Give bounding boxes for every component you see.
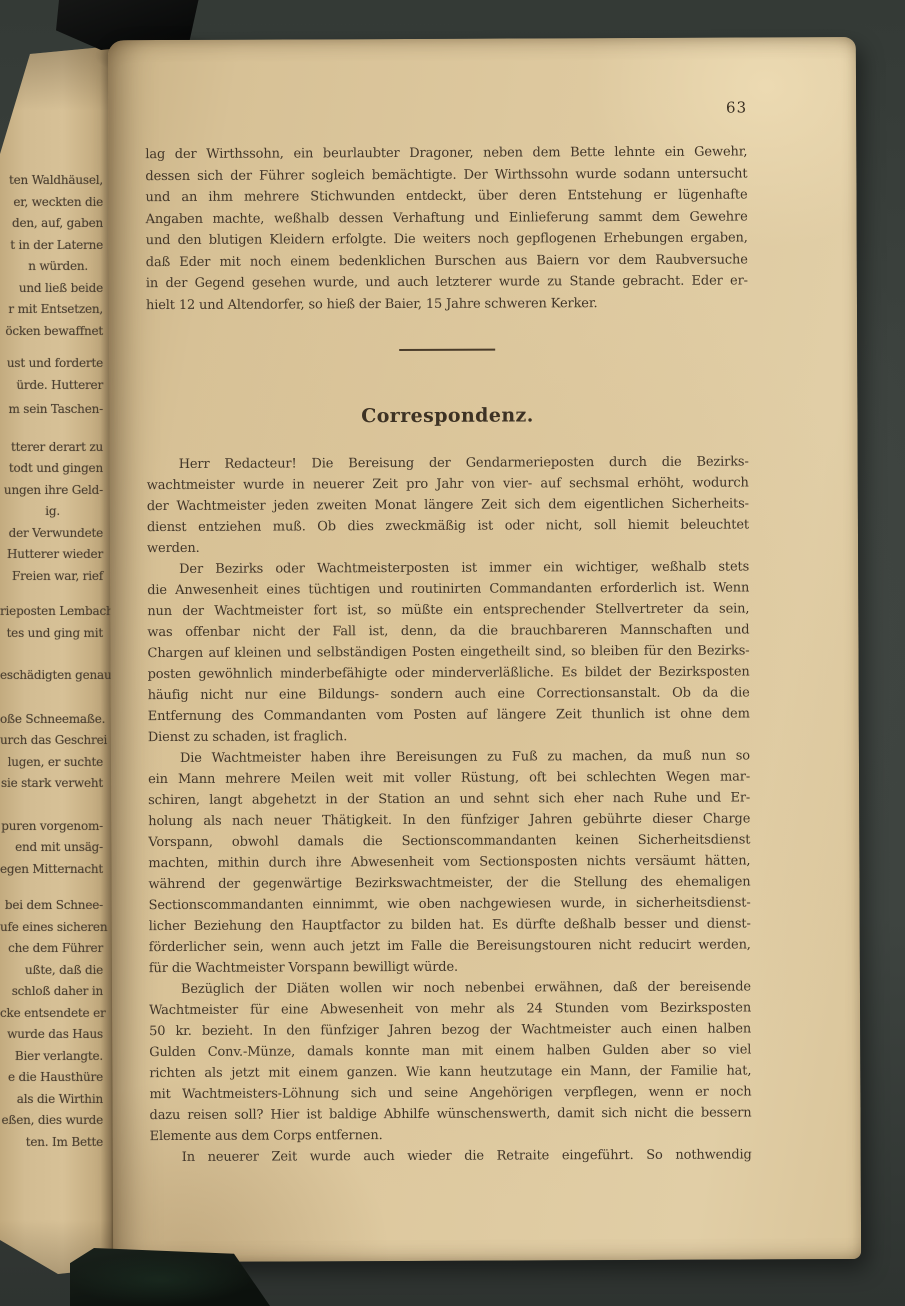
margin-text-fragment: tes und ging mit bbox=[0, 623, 106, 645]
margin-text-fragment: der Verwundete bbox=[0, 523, 106, 545]
body-text-line: hielt 12 und Altendorfer, so hieß der Ba… bbox=[146, 292, 748, 316]
body-text-line: machten, mithin durch ihre Abwesenheit v… bbox=[148, 850, 750, 874]
body-text-line: In neuerer Zeit wurde auch wieder die Re… bbox=[150, 1144, 752, 1168]
margin-text-fragment: bei dem Schnee- bbox=[0, 895, 106, 917]
body-text-line: die Anwesenheit eines tüchtigen und rout… bbox=[147, 577, 749, 601]
margin-text-fragment: che dem Führer bbox=[0, 938, 106, 960]
body-text-line: der Wachtmeister jeden zweiten Monat län… bbox=[147, 493, 749, 517]
margin-text-fragment: todt und gingen bbox=[0, 458, 106, 480]
body-text-line: werden. bbox=[147, 535, 749, 559]
margin-text-fragment: tterer derart zu bbox=[0, 437, 106, 459]
body-text-line: licher Beziehung den Hauptfactor zu bild… bbox=[149, 913, 751, 937]
body-text-line: ein Mann mehrere Meilen weit mit voller … bbox=[148, 766, 750, 790]
body-text-line: was offenbar nicht der Fall ist, denn, d… bbox=[147, 619, 749, 643]
margin-fragments: ten Waldhäusel, er, weckten die den, auf… bbox=[0, 36, 106, 1153]
margin-text-fragment: sie stark verweht bbox=[0, 773, 106, 795]
body-text-line: Der Bezirks oder Wachtmeisterposten ist … bbox=[147, 556, 749, 580]
intro-paragraph: lag der Wirthssohn, ein beurlaubter Drag… bbox=[145, 141, 748, 316]
body-text-line: daß Eder mit noch einem bedenklichen Bur… bbox=[146, 249, 748, 273]
section-body: Herr Redacteur! Die Bereisung der Gendar… bbox=[147, 451, 752, 1168]
body-text-line: förderlicher sein, wenn auch jetzt im Fa… bbox=[149, 934, 751, 958]
margin-text-fragment: er, weckten die bbox=[0, 192, 106, 214]
margin-text-fragment: cke entsendete er bbox=[0, 1003, 106, 1025]
section-heading: Correspondenz. bbox=[146, 403, 748, 428]
body-text-line: dazu reisen soll? Hier ist baldige Abhil… bbox=[149, 1102, 751, 1126]
body-text-line: für die Wachtmeister Vorspann bewilligt … bbox=[149, 955, 751, 979]
margin-text-fragment: eschädigten genau bbox=[0, 665, 106, 687]
body-text-line: häufig nicht nur eine Bildungs- sondern … bbox=[148, 682, 750, 706]
body-text-line: Bezüglich der Diäten wollen wir noch neb… bbox=[149, 976, 751, 1000]
page-content: 63 lag der Wirthssohn, ein beurlaubter D… bbox=[145, 95, 752, 1168]
margin-text-fragment: ürde. Hutterer bbox=[0, 375, 106, 397]
body-text-line: holung als nach neuer Thätigkeit. In den… bbox=[148, 808, 750, 832]
body-text-line: richten als jetzt mit einem ganzen. Wie … bbox=[149, 1060, 751, 1084]
body-text-line: Herr Redacteur! Die Bereisung der Gendar… bbox=[147, 451, 749, 475]
body-text-line: Entfernung des Commandanten vom Posten a… bbox=[148, 703, 750, 727]
body-text-line: Angaben machte, weßhalb dessen Verhaftun… bbox=[146, 206, 748, 230]
margin-text-fragment: Hutterer wieder bbox=[0, 544, 106, 566]
margin-text-fragment: ust und forderte bbox=[0, 353, 106, 375]
margin-text-fragment: e die Hausthüre bbox=[0, 1067, 106, 1089]
margin-text-fragment: ten Waldhäusel, bbox=[0, 170, 106, 192]
body-text-line: Chargen auf kleinen und selbständigen Po… bbox=[147, 640, 749, 664]
margin-text-fragment: r mit Entsetzen, bbox=[0, 299, 106, 321]
body-text-line: Gulden Conv.-Münze, damals konnte man mi… bbox=[149, 1039, 751, 1063]
margin-text-fragment: oße Schneemaße. bbox=[0, 709, 106, 731]
body-text-line: schiren, langt abgehetzt in der Station … bbox=[148, 787, 750, 811]
margin-text-fragment: lugen, er suchte bbox=[0, 752, 106, 774]
margin-text-fragment: Freien war, rief bbox=[0, 566, 106, 588]
body-text-line: lag der Wirthssohn, ein beurlaubter Drag… bbox=[145, 141, 747, 165]
margin-text-fragment: als die Wirthin bbox=[0, 1089, 106, 1111]
body-text-line: 50 kr. bezieht. In den fünfziger Jahren … bbox=[149, 1018, 751, 1042]
body-text-line: während der gegenwärtige Bezirkswachtmei… bbox=[148, 871, 750, 895]
margin-text-fragment: ußte, daß die bbox=[0, 960, 106, 982]
body-text-line: Dienst zu schaden, ist fraglich. bbox=[148, 724, 750, 748]
margin-text-fragment: öcken bewaffnet bbox=[0, 321, 106, 343]
margin-text-fragment: den, auf, gaben bbox=[0, 213, 106, 235]
margin-text-fragment: egen Mitternacht bbox=[0, 859, 106, 881]
margin-text-fragment: wurde das Haus bbox=[0, 1024, 106, 1046]
body-text-line: und an ihm mehrere Stichwunden entdeckt,… bbox=[145, 184, 747, 208]
margin-text-fragment: end mit unsäg- bbox=[0, 837, 106, 859]
body-text-line: und den blutigen Kleidern erfolgte. Die … bbox=[146, 227, 748, 251]
margin-text-fragment: schloß daher in bbox=[0, 981, 106, 1003]
margin-text-fragment: ungen ihre Geld- bbox=[0, 480, 106, 502]
body-text-line: mit Wachtmeisters-Löhnung sich und seine… bbox=[149, 1081, 751, 1105]
margin-text-fragment: m sein Taschen- bbox=[0, 399, 106, 421]
body-text-line: posten gewöhnlich minderbefähigte oder m… bbox=[148, 661, 750, 685]
body-text-line: nun der Wachtmeister fort ist, so müßte … bbox=[147, 598, 749, 622]
body-text-line: wachtmeister wurde in neuerer Zeit pro J… bbox=[147, 472, 749, 496]
margin-text-fragment: n würden. bbox=[0, 256, 106, 278]
margin-text-fragment: t in der Laterne bbox=[0, 235, 106, 257]
body-text-line: Elemente aus dem Corps entfernen. bbox=[150, 1123, 752, 1147]
book-scan: ten Waldhäusel, er, weckten die den, auf… bbox=[0, 0, 905, 1306]
margin-text-fragment: ufe eines sicheren bbox=[0, 917, 106, 939]
body-text-line: in der Gegend gesehen wurde, und auch le… bbox=[146, 270, 748, 294]
body-text-line: Vorspann, obwohl damals die Sectionscomm… bbox=[148, 829, 750, 853]
page-number: 63 bbox=[145, 95, 747, 122]
scanned-page: 63 lag der Wirthssohn, ein beurlaubter D… bbox=[108, 37, 861, 1262]
body-text-line: Sectionscommandanten einnimmt, wie oben … bbox=[149, 892, 751, 916]
margin-text-fragment: puren vorgenom- bbox=[0, 816, 106, 838]
margin-text-fragment: ig. bbox=[0, 501, 106, 523]
body-text-line: dienst entziehen muß. Ob dies zweckmäßig… bbox=[147, 514, 749, 538]
body-text-line: Wachtmeister für eine Abwesenheit von me… bbox=[149, 997, 751, 1021]
margin-text-fragment: und ließ beide bbox=[0, 278, 106, 300]
body-text-line: dessen sich der Führer sogleich bemächti… bbox=[145, 163, 747, 187]
previous-page-edge: ten Waldhäusel, er, weckten die den, auf… bbox=[0, 36, 114, 1282]
margin-text-fragment: rieposten Lembach bbox=[0, 601, 106, 623]
margin-text-fragment: ten. Im Bette bbox=[0, 1132, 106, 1154]
margin-text-fragment: Bier verlangte. bbox=[0, 1046, 106, 1068]
body-text-line: Die Wachtmeister haben ihre Bereisungen … bbox=[148, 745, 750, 769]
margin-text-fragment: urch das Geschrei bbox=[0, 730, 106, 752]
section-divider-rule bbox=[399, 349, 495, 351]
margin-text-fragment: eßen, dies wurde bbox=[0, 1110, 106, 1132]
